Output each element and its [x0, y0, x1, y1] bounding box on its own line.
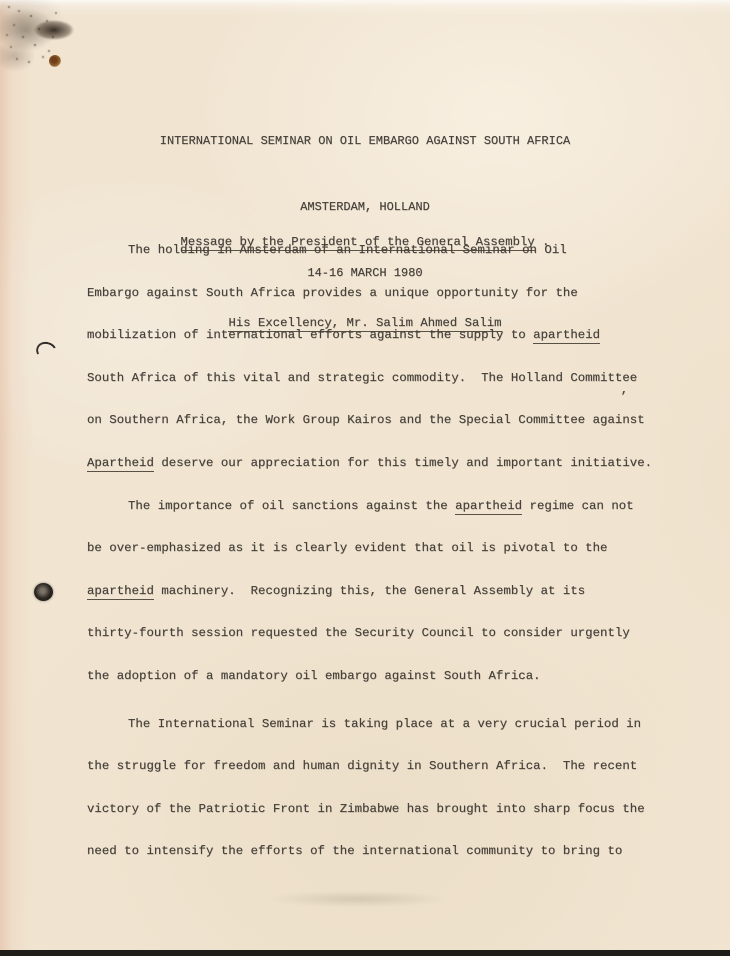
text-line: need to intensify the efforts of the int… [87, 830, 677, 873]
text-segment: The holding in Amsterdam of an Internati… [128, 243, 567, 257]
header-title-line: INTERNATIONAL SEMINAR ON OIL EMBARGO AGA… [0, 130, 730, 152]
paragraph-3: The International Seminar is taking plac… [87, 703, 677, 873]
text-line: be over-emphasized as it is clearly evid… [87, 527, 677, 570]
body-text: The holding in Amsterdam of an Internati… [87, 229, 677, 873]
text-segment: The importance of oil sanctions against … [128, 499, 455, 513]
text-segment: The International Seminar is taking plac… [128, 717, 641, 731]
scan-bottom-margin [0, 956, 730, 960]
underlined-word: apartheid [455, 499, 522, 515]
text-segment: the adoption of a mandatory oil embargo … [87, 669, 541, 683]
text-line: Apartheid deserve our appreciation for t… [87, 442, 677, 485]
underlined-word: apartheid [533, 328, 600, 344]
rust-dot [49, 55, 61, 67]
text-segment: mobilization of international efforts ag… [87, 328, 533, 342]
paragraph-1: The holding in Amsterdam of an Internati… [87, 229, 677, 485]
underlined-word: apartheid [87, 584, 154, 600]
text-line: The International Seminar is taking plac… [87, 703, 677, 746]
ghost-ink-smear [268, 891, 448, 907]
paragraph-2: The importance of oil sanctions against … [87, 485, 677, 698]
staple-rust-stain [0, 0, 92, 74]
text-segment: need to intensify the efforts of the int… [87, 844, 622, 858]
text-segment: victory of the Patriotic Front in Zimbab… [87, 802, 645, 816]
text-line: Embargo against South Africa provides a … [87, 272, 677, 315]
text-line: The holding in Amsterdam of an Internati… [87, 229, 677, 272]
ink-speckles [8, 6, 10, 8]
text-segment: regime can not [522, 499, 634, 513]
text-line: the adoption of a mandatory oil embargo … [87, 655, 677, 698]
text-segment: machinery. Recognizing this, the General… [154, 584, 585, 598]
text-segment: the struggle for freedom and human digni… [87, 759, 637, 773]
text-line: thirty-fourth session requested the Secu… [87, 612, 677, 655]
text-segment: thirty-fourth session requested the Secu… [87, 626, 630, 640]
text-segment: South Africa of this vital and strategic… [87, 371, 637, 385]
text-line: apartheid machinery. Recognizing this, t… [87, 570, 677, 613]
text-line: victory of the Patriotic Front in Zimbab… [87, 788, 677, 831]
text-segment: on Southern Africa, the Work Group Kairo… [87, 413, 645, 427]
scanned-document-page: ’ INTERNATIONAL SEMINAR ON OIL EMBARGO A… [0, 0, 730, 960]
text-line: mobilization of international efforts ag… [87, 314, 677, 357]
punch-hole-mark [34, 583, 53, 601]
text-line: The importance of oil sanctions against … [87, 485, 677, 528]
text-line: South Africa of this vital and strategic… [87, 357, 677, 400]
text-segment: deserve our appreciation for this timely… [154, 456, 652, 470]
text-segment: Embargo against South Africa provides a … [87, 286, 578, 300]
text-line: on Southern Africa, the Work Group Kairo… [87, 399, 677, 442]
text-line: the struggle for freedom and human digni… [87, 745, 677, 788]
text-segment: be over-emphasized as it is clearly evid… [87, 541, 608, 555]
underlined-word: Apartheid [87, 456, 154, 472]
